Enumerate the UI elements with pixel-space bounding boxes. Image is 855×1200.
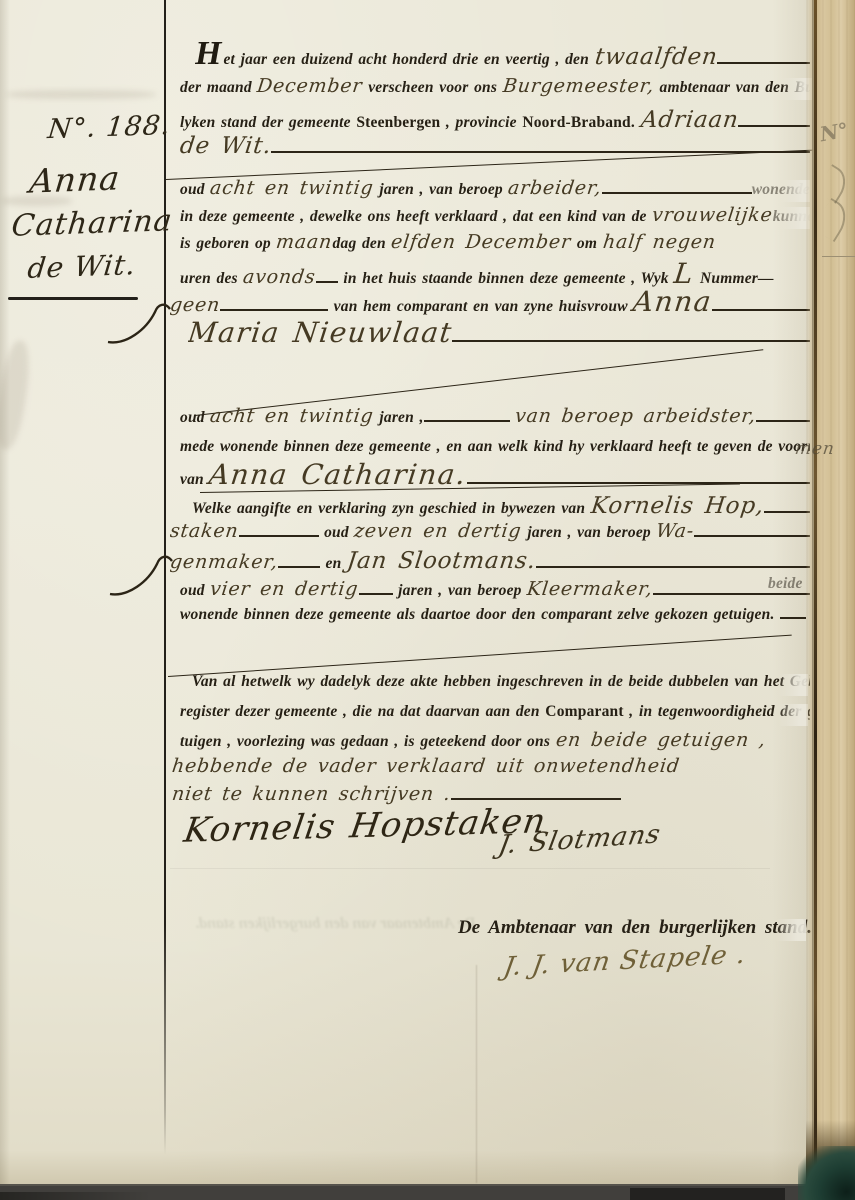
printed-text: jaren , van beroep: [374, 180, 509, 199]
printed-text: dag den: [333, 234, 392, 253]
handwritten-text: avonds: [242, 267, 317, 288]
scanner-background: [0, 1184, 855, 1200]
act-number: N°. 188.: [46, 110, 172, 145]
edge-fade: [778, 674, 808, 696]
fill-rule: [451, 794, 621, 800]
fold-line: [814, 0, 817, 1188]
margin-child-name-3: de Wit.: [26, 248, 138, 285]
act-line-04: de Wit.: [180, 134, 810, 159]
fill-rule: [271, 147, 810, 153]
handwritten-text: hebbende de vader verklaard uit onwetend…: [172, 756, 681, 777]
handwritten-text: Jan Slootmans.: [345, 549, 537, 574]
act-line-12: mede wonende binnen deze gemeente , en a…: [180, 437, 810, 456]
margin-child-name-2: Catharina: [10, 203, 175, 244]
printed-text: in deze gemeente , dewelke ons heeft ver…: [180, 207, 652, 226]
scanner-background-dark: [630, 1188, 785, 1200]
act-line-21: tuigen , voorlezing was gedaan , is gete…: [180, 730, 810, 751]
printed-text: mede wonende binnen deze gemeente , en a…: [180, 437, 810, 456]
act-line-17: oud vier en dertig jaren , van beroep Kl…: [180, 579, 810, 600]
fill-rule: [467, 478, 810, 484]
act-line-07: is geboren op maandag den elfden Decembe…: [180, 232, 810, 253]
book-cover-corner: [798, 1146, 855, 1200]
printed-text: wonende binnen deze gemeente als daartoe…: [180, 605, 780, 624]
page-edge: N°: [806, 0, 855, 1188]
act-line-14: Welke aangifte en verklaring zyn geschie…: [192, 494, 810, 519]
printed-text: oud: [180, 408, 210, 427]
printed-text: jaren , van beroep: [393, 581, 528, 600]
handwritten-text: Kleermaker,: [526, 579, 654, 600]
bleed-through: [6, 90, 156, 99]
fill-rule: [694, 531, 810, 537]
printed-text: der maand: [180, 78, 257, 97]
edge-fade: [776, 919, 806, 941]
handwritten-text: twaalfden: [593, 45, 719, 70]
handwritten-text-on-fold: men: [794, 440, 836, 459]
printed-text: om: [571, 234, 602, 253]
handwritten-text: Anna Catharina.: [208, 460, 469, 491]
fill-rule: [316, 277, 338, 283]
act-line-23: niet te kunnen schrijven .: [172, 784, 810, 805]
act-line-10: Maria Nieuwlaat: [188, 318, 810, 349]
handwritten-text: Maria Nieuwlaat: [188, 318, 454, 349]
printed-text: Comparant: [545, 702, 623, 721]
printed-text: register dezer gemeente , die na dat daa…: [180, 702, 545, 721]
printed-text-margin: beide: [768, 574, 803, 593]
printed-text: jaren ,: [374, 408, 424, 427]
fill-rule: [452, 336, 810, 342]
paper-left-shadow: [0, 0, 10, 1186]
handwritten-text: geen: [170, 295, 221, 316]
handwritten-text: maan: [275, 232, 334, 253]
paraph-flourish: [106, 300, 176, 346]
handwritten-text: acht en twintig: [209, 406, 375, 427]
printed-text: Welke aangifte en verklaring zyn geschie…: [192, 499, 591, 518]
printed-text: uren des: [180, 269, 243, 288]
handwritten-text: niet te kunnen schrijven .: [172, 784, 452, 805]
paraph-flourish: [108, 552, 178, 598]
printed-text: , provincie: [440, 113, 522, 132]
printed-text: oud: [319, 523, 355, 542]
handwritten-text: staken: [170, 521, 240, 542]
scanned-birth-record-page: De Ambtenaar van den burgerlijken stand.…: [0, 0, 855, 1200]
fill-rule: [780, 613, 806, 619]
margin-child-name-1: Anna: [28, 158, 123, 200]
act-line-19: Van al hetwelk wy dadelyk deze akte hebb…: [192, 672, 810, 691]
handwritten-text: de Wit.: [180, 134, 273, 159]
handwritten-text: vier en dertig: [209, 579, 360, 600]
printed-text: in het huis staande binnen deze gemeente…: [338, 269, 675, 288]
handwritten-text: half negen: [601, 232, 716, 253]
scanner-background-dark: [0, 1192, 150, 1200]
act-line-18: wonende binnen deze gemeente als daartoe…: [180, 605, 810, 624]
printed-text: oud: [180, 581, 210, 600]
printed-text: en: [320, 554, 347, 573]
fill-rule: [717, 58, 810, 64]
fill-rule: [764, 507, 810, 513]
printed-text: Nummer—: [694, 269, 773, 288]
printed-text: tuigen , voorlezing was gedaan , is gete…: [180, 732, 556, 751]
act-line-08: uren des avonds in het huis staande binn…: [180, 259, 810, 290]
printed-text: van hem comparant en van zyne huisvrouw: [328, 297, 633, 316]
handwritten-text: van beroep arbeidster,: [514, 406, 758, 427]
fill-rule: [602, 188, 752, 194]
handwritten-text: acht en twintig: [209, 178, 375, 199]
handwritten-text: L: [672, 259, 696, 290]
next-page-number: N°: [818, 118, 850, 147]
handwritten-text: Kornelis Hop,: [589, 494, 765, 519]
fill-rule: [712, 305, 810, 311]
act-line-22: hebbende de vader verklaard uit onwetend…: [172, 756, 810, 777]
handwritten-text: Burgemeester,: [501, 76, 655, 97]
handwritten-text: genmaker,: [170, 552, 279, 573]
handwritten-text: vrouwelijke: [651, 205, 774, 226]
printed-text: is geboren op: [180, 234, 276, 253]
act-line-20: register dezer gemeente , die na dat daa…: [180, 702, 810, 721]
act-line-05: oud acht en twintig jaren , van beroep a…: [180, 178, 810, 199]
act-line-09: geen van hem comparant en van zyne huisv…: [170, 287, 810, 318]
printed-text: verscheen voor ons: [363, 78, 503, 97]
handwritten-text: arbeider,: [507, 178, 603, 199]
bleed-through-mirror-text: De Ambtenaar van den burgerlijken stand.: [195, 915, 476, 933]
registrar-title: De Ambtenaar van den burgerlijken stand.: [458, 917, 812, 939]
printed-text: oud: [180, 180, 210, 199]
edge-crease: [822, 256, 855, 257]
printed-text: Noord-Braband.: [522, 113, 635, 132]
fill-rule: [738, 121, 810, 127]
act-line-01: Het jaar een duizend acht honderd drie e…: [195, 40, 810, 70]
handwritten-text: elfden December: [390, 232, 572, 253]
act-line-13: van Anna Catharina.: [180, 460, 810, 491]
edge-fade: [778, 704, 808, 726]
paper-crease: [476, 965, 477, 1183]
handwritten-text: Anna: [631, 287, 714, 318]
handwritten-text: December: [256, 76, 364, 97]
fill-rule: [424, 416, 510, 422]
fill-rule: [220, 305, 328, 311]
handwritten-text: en beide getuigen ,: [554, 730, 766, 751]
act-line-15: staken oud zeven en dertig jaren , van b…: [170, 521, 810, 542]
act-line-03: lyken stand der gemeente Steenbergen , p…: [180, 108, 810, 133]
printed-text: et jaar een duizend acht honderd drie en…: [223, 50, 594, 69]
printed-text: Van al hetwelk wy dadelyk deze akte hebb…: [192, 672, 810, 691]
handwritten-text: zeven en dertig: [353, 521, 523, 542]
printed-text: van: [180, 470, 209, 489]
drop-cap: H: [195, 40, 221, 67]
fill-rule: [239, 531, 319, 537]
printed-text: Steenbergen: [356, 113, 440, 132]
printed-text: lyken stand der gemeente: [180, 113, 356, 132]
fill-rule: [359, 589, 393, 595]
fill-rule: [756, 416, 810, 422]
paper-crease: [170, 868, 770, 869]
printed-text: jaren , van beroep: [522, 523, 657, 542]
act-line-16: genmaker, en Jan Slootmans.: [170, 549, 810, 574]
fill-rule: [536, 562, 810, 568]
act-line-02: der maand December verscheen voor ons Bu…: [180, 76, 810, 97]
act-line-06: in deze gemeente , dewelke ons heeft ver…: [180, 205, 810, 226]
handwritten-text: Wa-: [655, 521, 696, 542]
handwritten-text: Adriaan: [639, 108, 740, 133]
act-line-11: oud acht en twintig jaren , van beroep a…: [180, 406, 810, 427]
fill-rule: [278, 562, 320, 568]
